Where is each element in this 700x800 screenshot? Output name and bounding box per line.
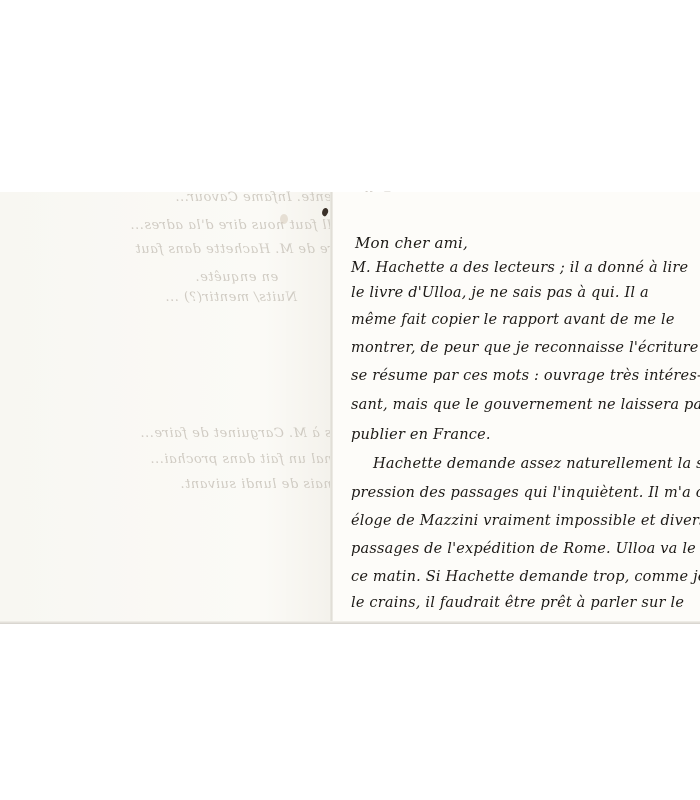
letter-line: même fait copier le rapport avant de me … (351, 313, 675, 328)
letter-sheet: Belle attente. Infame Cavour... Lira ? I… (0, 192, 700, 624)
bleed-line: mais de lundi suivant. (180, 477, 336, 492)
bleed-line: en enquête. (195, 270, 278, 285)
bleed-line: Nuits/ mentir(?) ... (165, 290, 297, 305)
letter-line: pression des passages qui l'inquiètent. … (351, 486, 700, 501)
ink-spot-icon (320, 207, 330, 217)
right-page: Mon cher ami, M. Hachette a des lecteurs… (333, 192, 700, 624)
letter-line: se résume par ces mots : ouvrage très in… (351, 369, 700, 384)
letter-line: le crains, il faudrait être prêt à parle… (351, 596, 684, 611)
left-page: Belle attente. Infame Cavour... Lira ? I… (0, 192, 330, 624)
document-viewer: Belle attente. Infame Cavour... Lira ? I… (0, 0, 700, 800)
letter-line: publier en France. (351, 428, 491, 443)
sheet-bottom-edge (0, 621, 700, 624)
salutation: Mon cher ami, (355, 236, 468, 251)
letter-line: passages de l'expédition de Rome. Ulloa … (351, 542, 700, 557)
letter-line: Hachette demande assez naturellement la … (373, 457, 700, 472)
letter-line: éloge de Mazzini vraiment impossible et … (351, 514, 700, 529)
letter-line: montrer, de peur que je reconnaisse l'éc… (351, 341, 700, 356)
letter-line: sant, mais que le gouvernement ne laisse… (351, 398, 700, 413)
letter-line: M. Hachette a des lecteurs ; il a donné … (351, 261, 688, 276)
letter-line: ce matin. Si Hachette demande trop, comm… (351, 570, 700, 585)
stain-mark (280, 214, 288, 224)
bleed-line: Dites à M. Carguinet de faire... (140, 426, 361, 441)
letter-line: le livre d'Ulloa, je ne sais pas à qui. … (351, 286, 649, 301)
